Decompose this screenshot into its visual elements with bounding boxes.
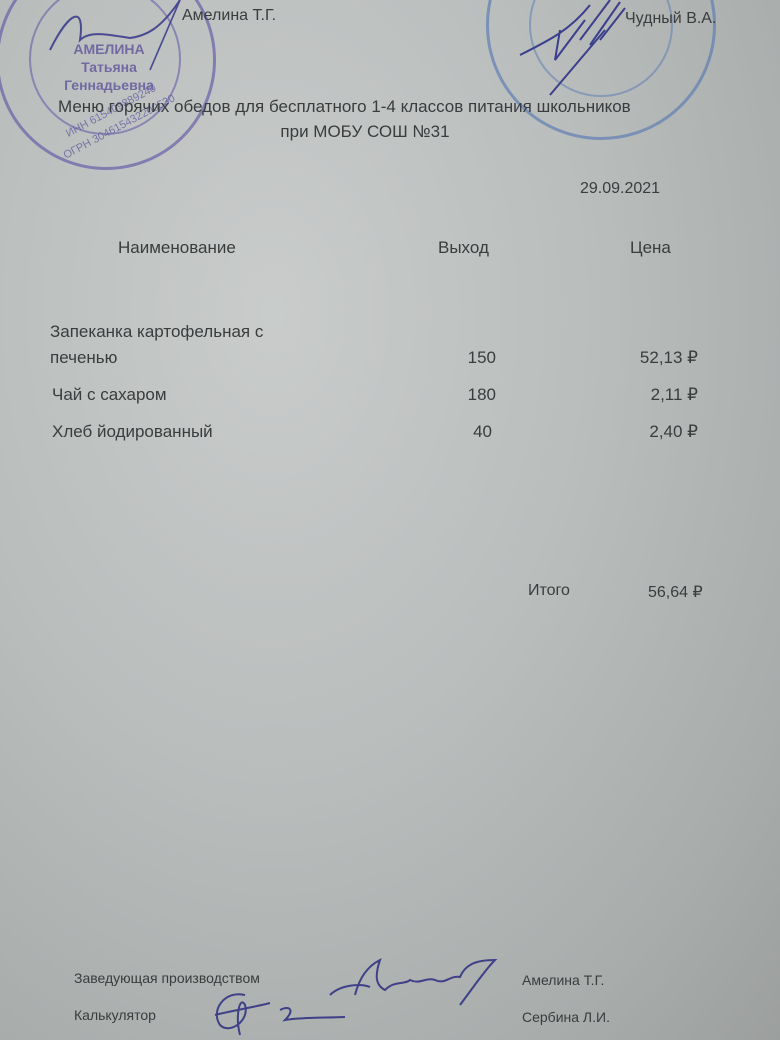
signature-serbina-bottom-icon [205, 985, 355, 1040]
item-name-line1: Запеканка картофельная с [50, 322, 263, 342]
item-price: 2,11 ₽ [590, 385, 698, 405]
item-price: 52,13 ₽ [590, 348, 698, 368]
item-price: 2,40 ₽ [590, 422, 698, 442]
total-label: Итого [528, 582, 570, 600]
column-header-yield: Выход [438, 238, 489, 258]
item-yield: 40 [420, 422, 492, 442]
item-yield: 150 [420, 348, 496, 368]
signature-name-calculator: Сербина Л.И. [522, 1009, 610, 1025]
column-header-price: Цена [630, 238, 671, 258]
signature-role-production-head: Заведующая производством [74, 970, 260, 986]
document-date: 29.09.2021 [580, 180, 660, 198]
document-page: АМЕЛИНА Татьяна Геннадьевна ИНН 61540988… [0, 0, 780, 1040]
item-name: Чай с сахаром [52, 385, 167, 405]
signature-role-calculator: Калькулятор [74, 1007, 156, 1023]
approver-right-name: Чудный В.А. [625, 10, 716, 28]
item-name-line2: печенью [50, 348, 117, 368]
column-header-name: Наименование [118, 238, 236, 258]
signature-amelina-top-icon [30, 0, 190, 80]
approver-left-name: Амелина Т.Г. [182, 7, 276, 25]
document-title-line2: при МОБУ СОШ №31 [230, 122, 500, 142]
item-yield: 180 [420, 385, 496, 405]
total-value: 56,64 ₽ [648, 582, 703, 602]
document-title-line1: Меню горячих обедов для бесплатного 1-4 … [58, 97, 631, 117]
signature-name-production-head: Амелина Т.Г. [522, 972, 604, 988]
item-name: Хлеб йодированный [52, 422, 213, 442]
